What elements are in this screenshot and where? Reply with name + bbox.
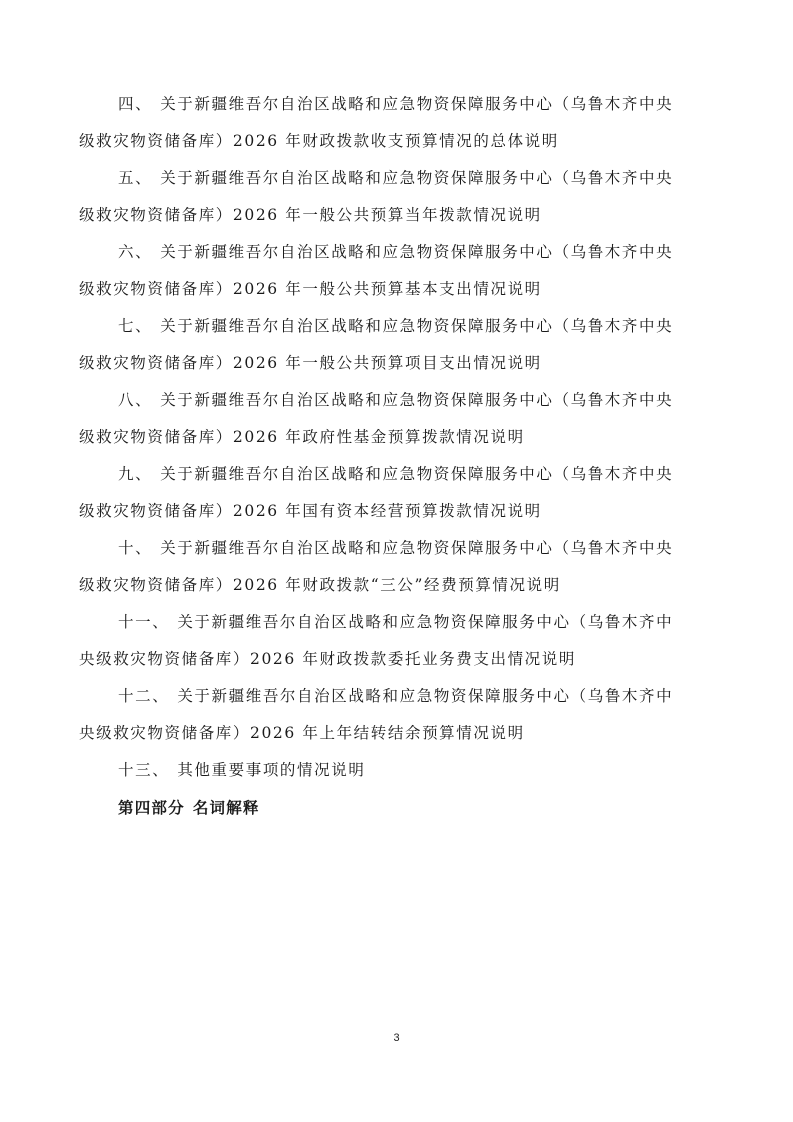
entry-number: 四、	[118, 95, 152, 113]
page-number: 3	[0, 1032, 793, 1044]
section-part: 第四部分	[118, 798, 185, 817]
entry-title-line1: 关于新疆维吾尔自治区战略和应急物资保障服务中心（乌鲁木齐中央	[160, 465, 673, 483]
toc-entry-8: 八、关于新疆维吾尔自治区战略和应急物资保障服务中心（乌鲁木齐中央 级救灾物资储备…	[79, 382, 719, 456]
entry-title-line2: 级救灾物资储备库）2026 年政府性基金预算拨款情况说明	[79, 419, 719, 456]
entry-number: 十三、	[118, 761, 169, 779]
toc-entry-13: 十三、其他重要事项的情况说明	[79, 752, 719, 789]
entry-title-line1: 关于新疆维吾尔自治区战略和应急物资保障服务中心（乌鲁木齐中	[177, 613, 673, 631]
entry-title-line2: 央级救灾物资储备库）2026 年财政拨款委托业务费支出情况说明	[79, 641, 719, 678]
entry-title-line1: 关于新疆维吾尔自治区战略和应急物资保障服务中心（乌鲁木齐中央	[160, 391, 673, 409]
entry-number: 五、	[118, 169, 152, 187]
toc-entry-11: 十一、关于新疆维吾尔自治区战略和应急物资保障服务中心（乌鲁木齐中 央级救灾物资储…	[79, 604, 719, 678]
document-page: 四、关于新疆维吾尔自治区战略和应急物资保障服务中心（乌鲁木齐中央 级救灾物资储备…	[0, 0, 793, 1122]
toc-entry-5: 五、关于新疆维吾尔自治区战略和应急物资保障服务中心（乌鲁木齐中央 级救灾物资储备…	[79, 160, 719, 234]
entry-title-line2: 级救灾物资储备库）2026 年一般公共预算当年拨款情况说明	[79, 197, 719, 234]
toc-entry-12: 十二、关于新疆维吾尔自治区战略和应急物资保障服务中心（乌鲁木齐中 央级救灾物资储…	[79, 678, 719, 752]
section-title: 名词解释	[193, 798, 260, 817]
toc-entry-10: 十、关于新疆维吾尔自治区战略和应急物资保障服务中心（乌鲁木齐中央 级救灾物资储备…	[79, 530, 719, 604]
entry-title-line1: 关于新疆维吾尔自治区战略和应急物资保障服务中心（乌鲁木齐中央	[160, 317, 673, 335]
section-heading: 第四部分名词解释	[79, 789, 719, 826]
entry-number: 十二、	[118, 687, 169, 705]
entry-title-line1: 关于新疆维吾尔自治区战略和应急物资保障服务中心（乌鲁木齐中	[177, 687, 673, 705]
toc-entry-6: 六、关于新疆维吾尔自治区战略和应急物资保障服务中心（乌鲁木齐中央 级救灾物资储备…	[79, 234, 719, 308]
entry-title-line2: 级救灾物资储备库）2026 年一般公共预算基本支出情况说明	[79, 271, 719, 308]
entry-number: 八、	[118, 391, 152, 409]
entry-title-line1: 关于新疆维吾尔自治区战略和应急物资保障服务中心（乌鲁木齐中央	[160, 243, 673, 261]
entry-title-line1: 关于新疆维吾尔自治区战略和应急物资保障服务中心（乌鲁木齐中央	[160, 539, 673, 557]
entry-title-line1: 关于新疆维吾尔自治区战略和应急物资保障服务中心（乌鲁木齐中央	[160, 169, 673, 187]
entry-title-line2: 央级救灾物资储备库）2026 年上年结转结余预算情况说明	[79, 715, 719, 752]
entry-title-line2: 级救灾物资储备库）2026 年一般公共预算项目支出情况说明	[79, 345, 719, 382]
toc-entry-4: 四、关于新疆维吾尔自治区战略和应急物资保障服务中心（乌鲁木齐中央 级救灾物资储备…	[79, 86, 719, 160]
table-of-contents: 四、关于新疆维吾尔自治区战略和应急物资保障服务中心（乌鲁木齐中央 级救灾物资储备…	[79, 86, 719, 826]
toc-entry-7: 七、关于新疆维吾尔自治区战略和应急物资保障服务中心（乌鲁木齐中央 级救灾物资储备…	[79, 308, 719, 382]
entry-title-line1: 关于新疆维吾尔自治区战略和应急物资保障服务中心（乌鲁木齐中央	[160, 95, 673, 113]
entry-number: 七、	[118, 317, 152, 335]
entry-number: 十、	[118, 539, 152, 557]
entry-title-line2: 级救灾物资储备库）2026 年财政拨款收支预算情况的总体说明	[79, 123, 719, 160]
entry-number: 六、	[118, 243, 152, 261]
entry-title-line2: 级救灾物资储备库）2026 年国有资本经营预算拨款情况说明	[79, 493, 719, 530]
toc-entry-9: 九、关于新疆维吾尔自治区战略和应急物资保障服务中心（乌鲁木齐中央 级救灾物资储备…	[79, 456, 719, 530]
entry-title-line1: 其他重要事项的情况说明	[177, 761, 365, 779]
entry-title-line2: 级救灾物资储备库）2026 年财政拨款“三公”经费预算情况说明	[79, 567, 719, 604]
entry-number: 九、	[118, 465, 152, 483]
entry-number: 十一、	[118, 613, 169, 631]
